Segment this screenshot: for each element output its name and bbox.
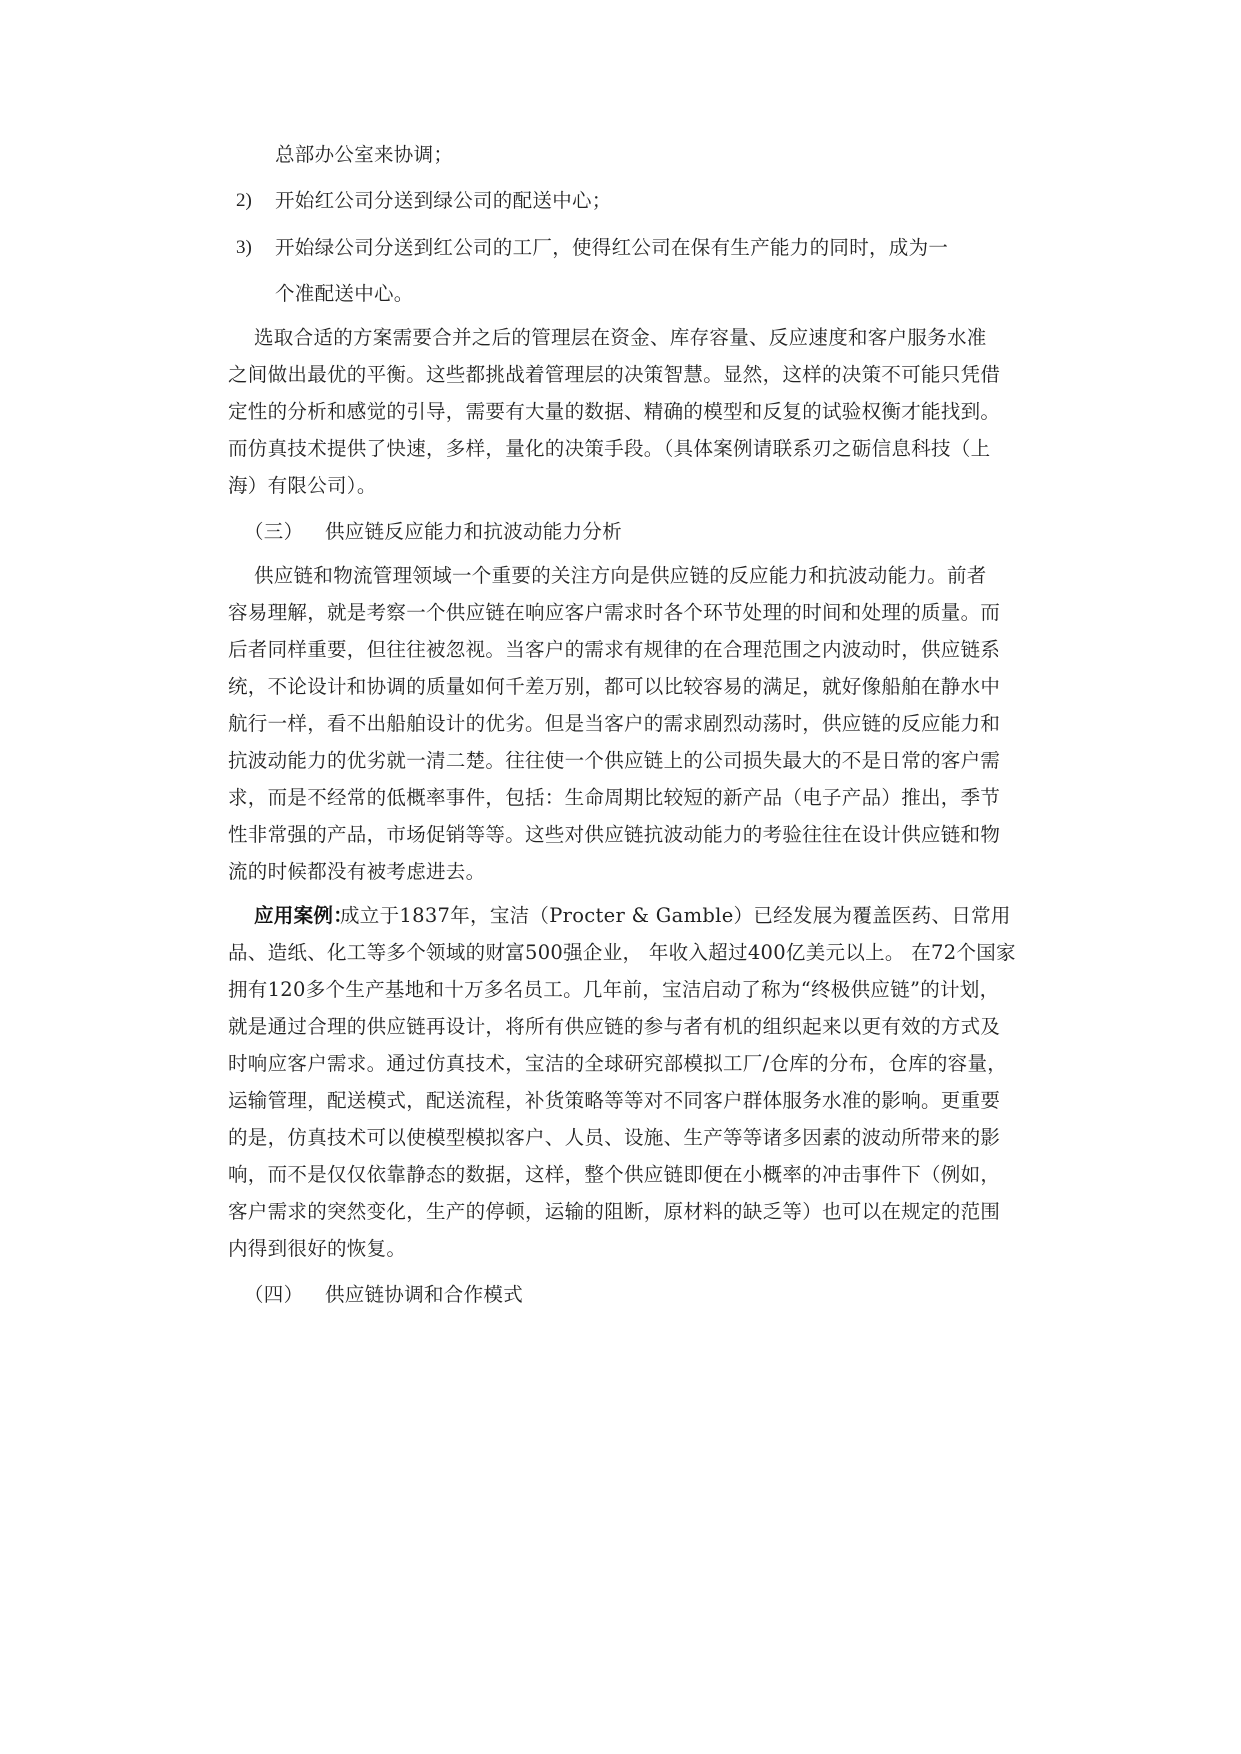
paragraph-line: 性非常强的产品，市场促销等等。这些对供应链抗波动能力的考验往往在设计供应链和物: [228, 823, 938, 847]
list-continuation: 总部办公室来协调；: [275, 143, 453, 167]
paragraph-line: 之间做出最优的平衡。这些都挑战着管理层的决策智慧。显然，这样的决策不可能只凭借: [228, 363, 938, 387]
paragraph-line: 统，不论设计和协调的质量如何千差万别，都可以比较容易的满足，就好像船舶在静水中: [228, 675, 938, 699]
case-study-first-line: 成立于1837年，宝洁（Procter & Gamble）已经发展为覆盖医药、日…: [340, 904, 938, 928]
paragraph-line: 选取合适的方案需要合并之后的管理层在资金、库存容量、反应速度和客户服务水准: [254, 326, 938, 350]
section-title: 供应链反应能力和抗波动能力分析: [325, 520, 622, 544]
paragraph-line: 供应链和物流管理领域一个重要的关注方向是供应链的反应能力和抗波动能力。前者: [254, 564, 938, 588]
paragraph-line: 海）有限公司）。: [228, 474, 377, 498]
paragraph-line: 航行一样，看不出船舶设计的优劣。但是当客户的需求剧烈动荡时，供应链的反应能力和: [228, 712, 938, 736]
list-item-text: 开始绿公司分送到红公司的工厂，使得红公司在保有生产能力的同时，成为一: [275, 236, 938, 260]
paragraph-line: 就是通过合理的供应链再设计，将所有供应链的参与者有机的组织起来以更有效的方式及: [228, 1015, 938, 1039]
paragraph-line: 客户需求的突然变化，生产的停顿，运输的阻断，原材料的缺乏等）也可以在规定的范围: [228, 1200, 938, 1224]
list-item-text: 开始红公司分送到绿公司的配送中心；: [275, 189, 612, 213]
paragraph-line: 内得到很好的恢复。: [228, 1237, 406, 1261]
paragraph-line: 时响应客户需求。通过仿真技术，宝洁的全球研究部模拟工厂/仓库的分布，仓库的容量，: [228, 1052, 938, 1076]
paragraph-line: 定性的分析和感觉的引导，需要有大量的数据、精确的模型和反复的试验权衡才能找到。: [228, 400, 938, 424]
paragraph-line: 求，而是不经常的低概率事件，包括：生命周期比较短的新产品（电子产品）推出，季节: [228, 786, 938, 810]
paragraph-line: 而仿真技术提供了快速，多样，量化的决策手段。（具体案例请联系刃之砺信息科技（上: [228, 437, 938, 461]
case-study-label: 应用案例：: [254, 904, 353, 928]
section-number: （三）: [244, 520, 303, 544]
paragraph-line: 容易理解，就是考察一个供应链在响应客户需求时各个环节处理的时间和处理的质量。而: [228, 601, 938, 625]
paragraph-line: 响，而不是仅仅依靠静态的数据，这样，整个供应链即便在小概率的冲击事件下（例如，: [228, 1163, 938, 1187]
paragraph-line: 的是，仿真技术可以使模型模拟客户、人员、设施、生产等等诸多因素的波动所带来的影: [228, 1126, 938, 1150]
paragraph-line: 运输管理，配送模式，配送流程，补货策略等等对不同客户群体服务水准的影响。更重要: [228, 1089, 938, 1113]
paragraph-line: 抗波动能力的优劣就一清二楚。往往使一个供应链上的公司损失最大的不是日常的客户需: [228, 749, 938, 773]
paragraph-line: 后者同样重要，但往往被忽视。当客户的需求有规律的在合理范围之内波动时，供应链系: [228, 638, 938, 662]
section-number: （四）: [244, 1283, 303, 1307]
paragraph-line: 品、造纸、化工等多个领域的财富500强企业， 年收入超过400亿美元以上。 在7…: [228, 941, 938, 965]
paragraph-line: 拥有120多个生产基地和十万多名员工。几年前，宝洁启动了称为“终极供应链”的计划…: [228, 978, 938, 1002]
document-page: 总部办公室来协调； 2) 开始红公司分送到绿公司的配送中心； 3) 开始绿公司分…: [0, 0, 1241, 1754]
paragraph-line: 流的时候都没有被考虑进去。: [228, 860, 485, 884]
list-number: 2): [236, 189, 252, 213]
list-item-text: 个准配送中心。: [275, 282, 414, 306]
section-title: 供应链协调和合作模式: [325, 1283, 523, 1307]
list-number: 3): [236, 236, 252, 260]
